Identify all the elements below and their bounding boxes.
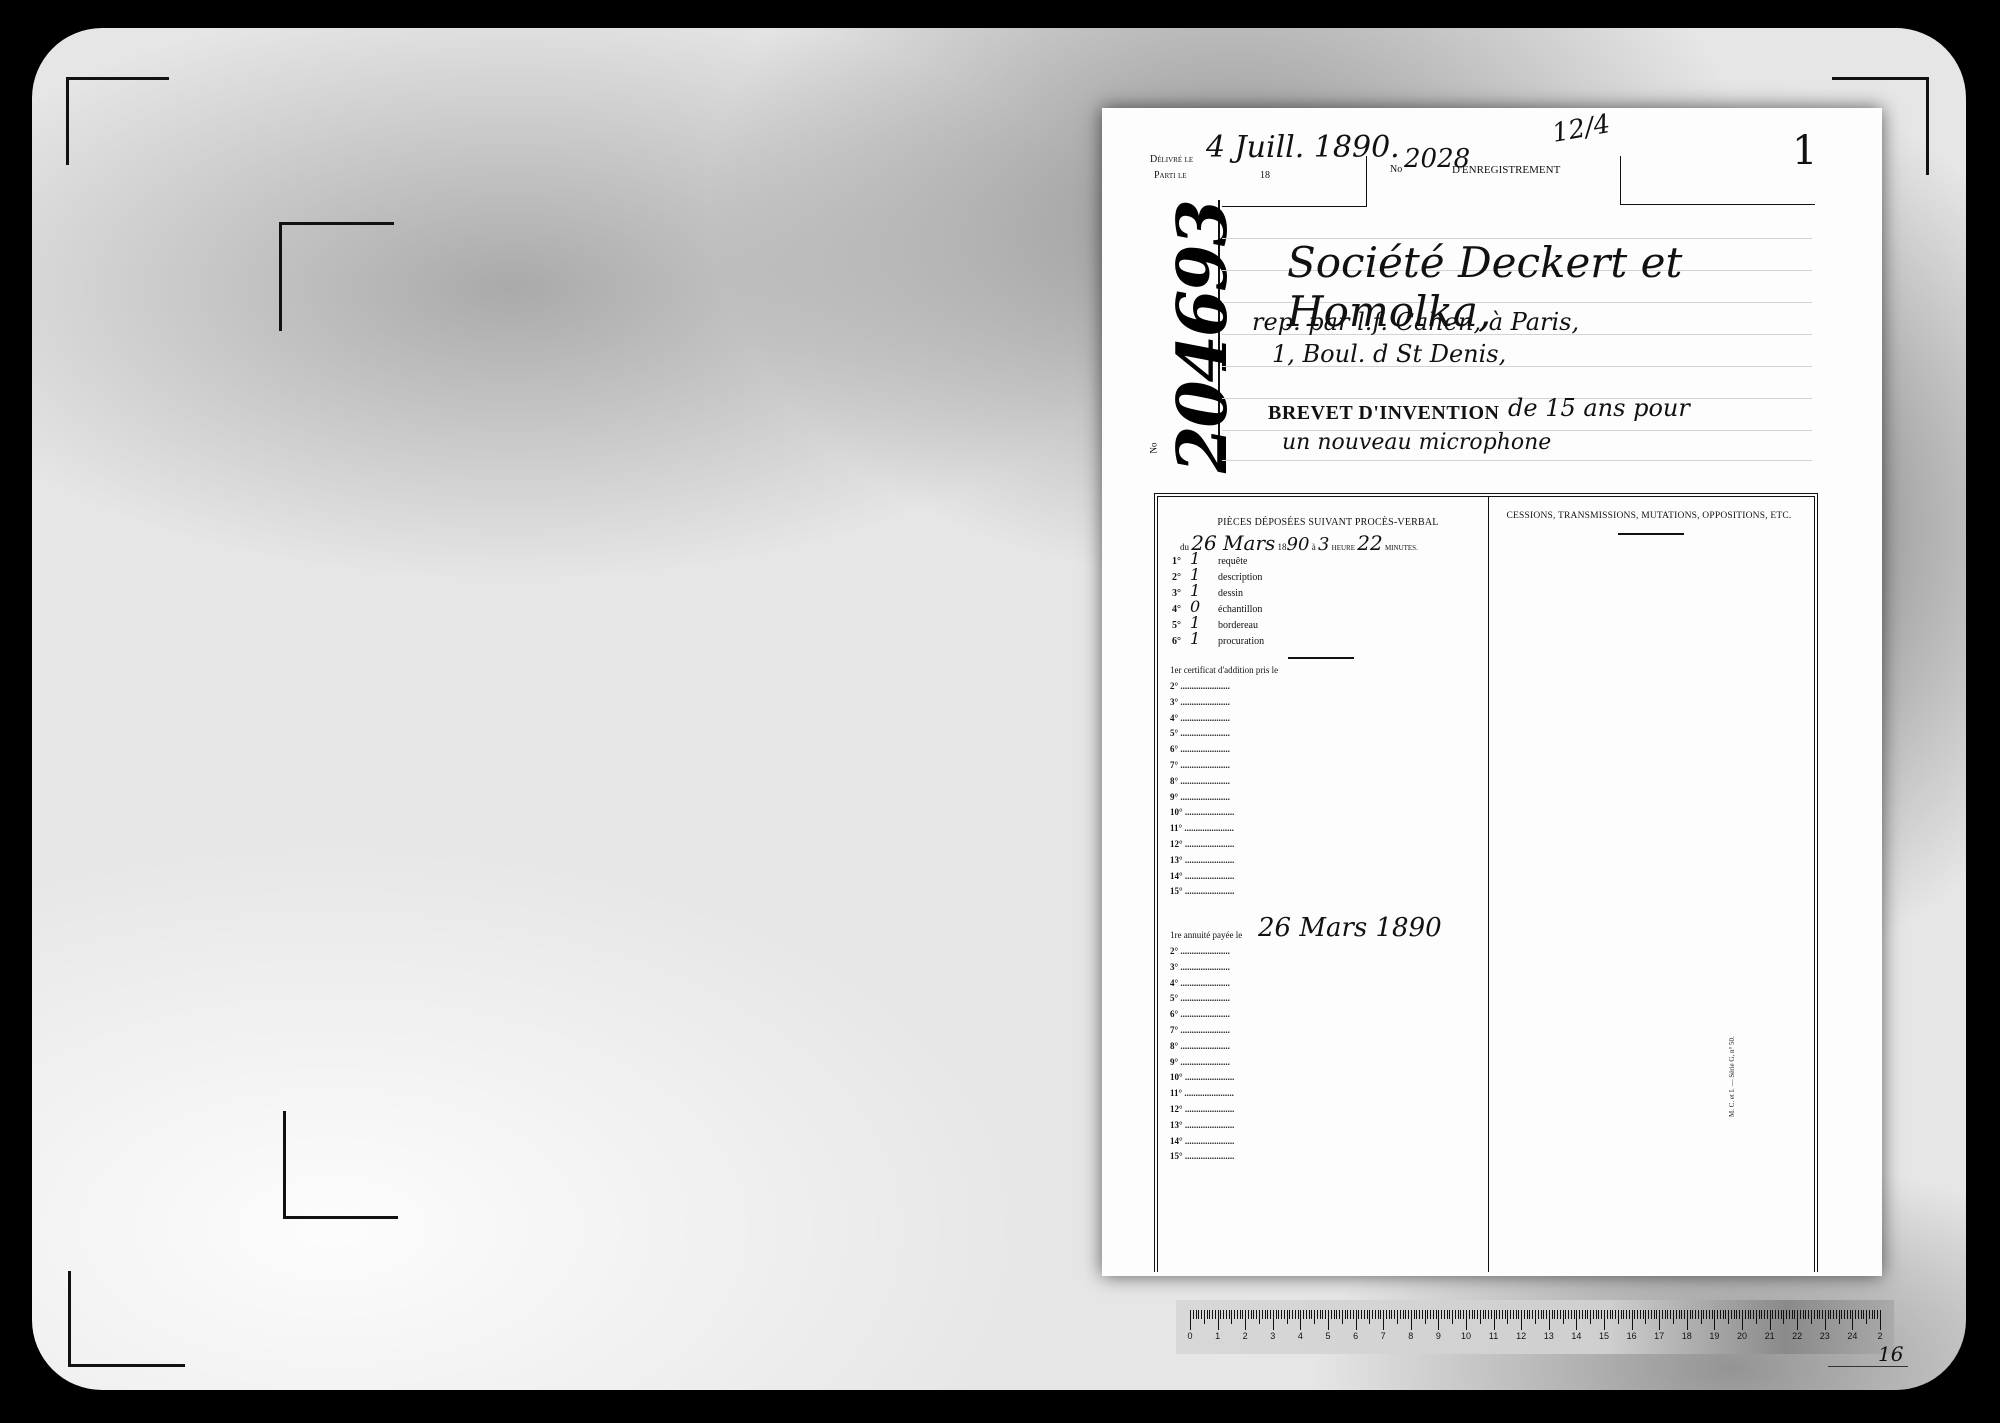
corner-mark-top-left: [66, 77, 169, 165]
date-box: [1222, 156, 1367, 207]
ruler-label: 21: [1765, 1331, 1775, 1341]
page-number-box: [1620, 156, 1815, 205]
dotted-entry-row: 13° ......................: [1170, 855, 1234, 865]
annuity-first-value: 26 Mars 1890: [1258, 913, 1442, 943]
dotted-entry-row: 9° ......................: [1170, 1057, 1230, 1067]
dotted-entry-row: 14° ......................: [1170, 1136, 1234, 1146]
dotted-entry-row: 15° ......................: [1170, 886, 1234, 896]
applicant-address: 1, Boul. d St Denis,: [1272, 340, 1506, 368]
dotted-entry-row: 4° ......................: [1170, 978, 1230, 988]
patent-record-sheet: Délivré le 4 Juill. 1890. Parti le 18 No…: [1102, 108, 1882, 1276]
dotted-entry-row: 12° ......................: [1170, 1104, 1234, 1114]
dotted-entry-row: 5° ......................: [1170, 728, 1230, 738]
registration-prefix: No: [1390, 164, 1402, 175]
annuity-first-label: 1re annuité payée le: [1170, 930, 1242, 940]
dotted-entry-row: 4° ......................: [1170, 713, 1230, 723]
corner-mark-bottom-left: [68, 1271, 185, 1367]
corner-mark-inner-top-left: [279, 222, 394, 331]
dotted-entry-row: 14° ......................: [1170, 871, 1234, 881]
dotted-entry-row: 2° ......................: [1170, 681, 1230, 691]
ruler-label: 15: [1599, 1331, 1609, 1341]
ruler-label: 18: [1682, 1331, 1692, 1341]
annotation-fraction: 12/4: [1550, 109, 1613, 149]
dotted-entry-row: 7° ......................: [1170, 760, 1230, 770]
section-rule: [1288, 657, 1354, 659]
ruler-label: 22: [1792, 1331, 1802, 1341]
ruler-label: 16: [1627, 1331, 1637, 1341]
dotted-entry-row: 12° ......................: [1170, 839, 1234, 849]
cessions-rule: [1618, 533, 1684, 535]
cessions-heading: CESSIONS, TRANSMISSIONS, MUTATIONS, OPPO…: [1494, 511, 1804, 521]
dotted-entry-row: 8° ......................: [1170, 776, 1230, 786]
ruler-label: 11: [1489, 1331, 1498, 1341]
page-number: 1: [1792, 128, 1817, 174]
scale-ruler: 0123456789101112131415161718192021222324…: [1176, 1300, 1894, 1354]
deposited-item: 6°1procuration: [1172, 629, 1264, 648]
plate-number: 16: [1878, 1342, 1903, 1366]
patent-duration: de 15 ans pour: [1508, 394, 1690, 422]
dotted-entry-row: 10° ......................: [1170, 1072, 1234, 1082]
deposited-heading: PIÈCES DÉPOSÉES SUIVANT PROCÈS-VERBAL: [1178, 517, 1478, 528]
dotted-entry-row: 2° ......................: [1170, 946, 1230, 956]
ruler-label: 3: [1270, 1331, 1275, 1341]
printer-mark: M. C. et I. — Série G, n° 50.: [1728, 1036, 1736, 1117]
certificate-first-label: 1er certificat d'addition pris le: [1170, 665, 1278, 675]
ruler-label: 2: [1877, 1331, 1882, 1341]
ruler-label: 12: [1516, 1331, 1526, 1341]
dotted-entry-row: 9° ......................: [1170, 792, 1230, 802]
delivered-label: Délivré le: [1150, 154, 1193, 165]
ruler-label: 9: [1436, 1331, 1441, 1341]
ruler-label: 1: [1215, 1331, 1220, 1341]
dotted-entry-row: 8° ......................: [1170, 1041, 1230, 1051]
departed-label: Parti le: [1154, 170, 1187, 181]
dotted-entry-row: 15° ......................: [1170, 1151, 1234, 1161]
patent-object: un nouveau microphone: [1282, 430, 1551, 455]
ruler-label: 0: [1187, 1331, 1192, 1341]
ruler-label: 6: [1353, 1331, 1358, 1341]
dotted-entry-row: 6° ......................: [1170, 744, 1230, 754]
ruler-label: 4: [1298, 1331, 1303, 1341]
ruler-label: 14: [1571, 1331, 1581, 1341]
ruler-label: 2: [1243, 1331, 1248, 1341]
dotted-entry-row: 7° ......................: [1170, 1025, 1230, 1035]
ruler-label: 23: [1820, 1331, 1830, 1341]
ruler-label: 17: [1654, 1331, 1664, 1341]
ruler-label: 7: [1381, 1331, 1386, 1341]
ruler-label: 10: [1461, 1331, 1471, 1341]
side-registration-number: 204693: [1163, 213, 1233, 473]
ruler-label: 24: [1847, 1331, 1857, 1341]
ruler-label: 8: [1408, 1331, 1413, 1341]
dotted-entry-row: 5° ......................: [1170, 993, 1230, 1003]
dotted-entry-row: 3° ......................: [1170, 962, 1230, 972]
dotted-entry-row: 13° ......................: [1170, 1120, 1234, 1130]
corner-mark-inner-bottom-left: [283, 1111, 398, 1219]
dotted-entry-row: 11° ......................: [1170, 1088, 1234, 1098]
plate-number-underline: [1828, 1366, 1908, 1367]
applicant-representative: rep. par l.f. Cahen, à Paris,: [1252, 308, 1579, 336]
ruler-label: 5: [1325, 1331, 1330, 1341]
patent-type-title: BREVET D'INVENTION: [1268, 402, 1499, 425]
ledger-grid: PIÈCES DÉPOSÉES SUIVANT PROCÈS-VERBAL du…: [1154, 493, 1818, 1272]
ruler-label: 20: [1737, 1331, 1747, 1341]
registration-label: D'ENREGISTREMENT: [1452, 164, 1560, 176]
dotted-entry-row: 10° ......................: [1170, 807, 1234, 817]
dotted-entry-row: 3° ......................: [1170, 697, 1230, 707]
dotted-entry-row: 6° ......................: [1170, 1009, 1230, 1019]
side-number-label: No: [1149, 443, 1159, 454]
ruler-label: 19: [1709, 1331, 1719, 1341]
dotted-entry-row: 11° ......................: [1170, 823, 1234, 833]
ruler-label: 13: [1544, 1331, 1554, 1341]
